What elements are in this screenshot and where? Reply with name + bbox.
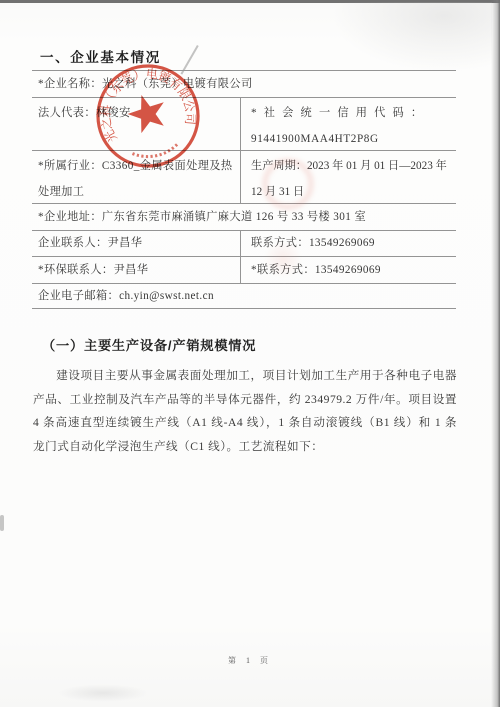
faint-stamp-smudge-2: [264, 240, 302, 278]
contact-person-cell: 企业联系人：尹昌华: [32, 231, 240, 256]
scanned-document-page: 一、企业基本情况 *企业名称：光之科（东莞）电镀有限公司 法人代表：林俊安 * …: [0, 0, 500, 707]
table-row-contact: 企业联系人：尹昌华 联系方式：13549269069: [32, 230, 456, 256]
faint-stamp-smudge: [262, 158, 314, 210]
star-icon: [123, 89, 170, 135]
scan-corner-wash: [332, 2, 492, 72]
env-contact-person-cell: *环保联系人：尹昌华: [32, 257, 240, 283]
section-2-title: （一）主要生产设备/产销规模情况: [42, 335, 256, 354]
address-cell: *企业地址：广东省东莞市麻涌镇广麻大道 126 号 33 号楼 301 室: [32, 204, 456, 230]
seal-serial-marks: [132, 144, 178, 160]
credit-code-cell: * 社 会 统 一 信 用 代 码 ： 91441900MAA4HT2P8G: [240, 98, 456, 150]
project-description-paragraph: 建设项目主要从事金属表面处理加工，项目计划加工生产用于各种电子电器产品、工业控制…: [33, 364, 457, 458]
table-row-env-contact: *环保联系人：尹昌华 *联系方式：13549269069: [32, 256, 456, 283]
table-row-email: 企业电子邮箱：ch.yin@swst.net.cn: [32, 283, 456, 309]
scan-left-artifact: [0, 515, 4, 531]
scan-right-edge-shadow: [491, 0, 500, 707]
email-cell: 企业电子邮箱：ch.yin@swst.net.cn: [32, 284, 456, 308]
table-row-address: *企业地址：广东省东莞市麻涌镇广麻大道 126 号 33 号楼 301 室: [32, 203, 456, 230]
company-seal: 光之科（东莞）电镀有限公司: [92, 60, 204, 172]
page-number: 第 1 页: [0, 655, 500, 666]
credit-code-value: 91441900MAA4HT2P8G: [251, 126, 456, 152]
scan-bottom-smudge: [58, 684, 148, 702]
credit-code-label: * 社 会 统 一 信 用 代 码 ：: [251, 100, 456, 126]
